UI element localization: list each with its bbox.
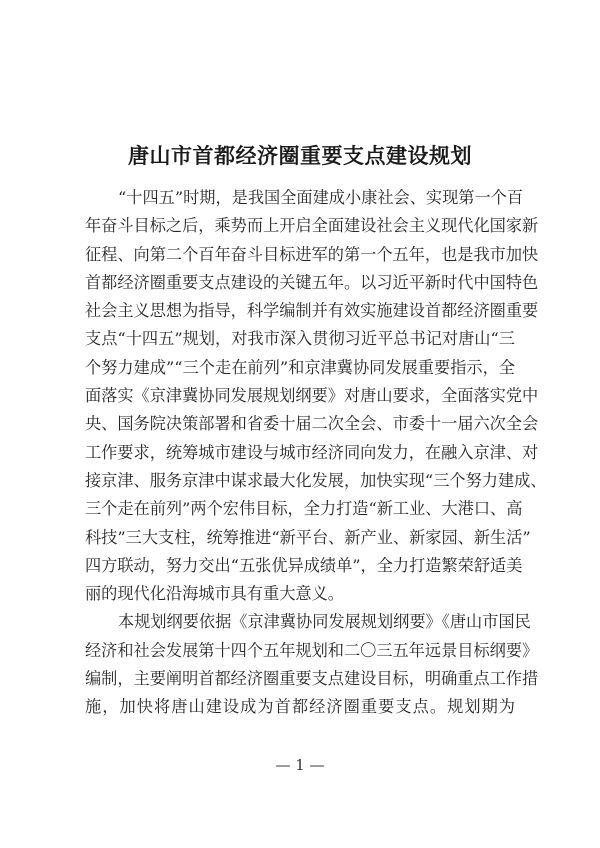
- text-line: 科技”三大支柱，统筹推进“新平台、新产业、新家园、新生活”: [85, 524, 515, 552]
- text-line: 社会主义思想为指导，科学编制并有效实施建设首都经济圈重要: [85, 297, 515, 325]
- text-line: 工作要求，统筹城市建设与城市经济同向发力，在融入京津、对: [85, 439, 515, 467]
- text-line: 丽的现代化沿海城市具有重大意义。: [85, 580, 515, 608]
- text-line: 四方联动，努力交出“五张优异成绩单”，全力打造繁荣舒适美: [85, 552, 515, 580]
- text-line: 支点“十四五”规划，对我市深入贯彻习近平总书记对唐山“三: [85, 325, 515, 353]
- text-line: 本规划纲要依据《京津冀协同发展规划纲要》《唐山市国民: [85, 608, 515, 636]
- text-line: 接京津、服务京津中谋求最大化发展，加快实现“三个努力建成、: [85, 467, 515, 495]
- text-line: 编制，主要阐明首都经济圈重要支点建设目标，明确重点工作措: [85, 665, 515, 693]
- paragraph-2: 本规划纲要依据《京津冀协同发展规划纲要》《唐山市国民 经济和社会发展第十四个五年…: [85, 608, 515, 721]
- text-line: “十四五”时期，是我国全面建成小康社会、实现第一个百: [85, 184, 515, 212]
- text-line: 面落实《京津冀协同发展规划纲要》对唐山要求，全面落实党中: [85, 382, 515, 410]
- text-line: 年奋斗目标之后，乘势而上开启全面建设社会主义现代化国家新: [85, 212, 515, 240]
- document-page: 唐山市首都经济圈重要支点建设规划 “十四五”时期，是我国全面建成小康社会、实现第…: [0, 0, 600, 848]
- text-line: 首都经济圈重要支点建设的关键五年。以习近平新时代中国特色: [85, 269, 515, 297]
- document-body: “十四五”时期，是我国全面建成小康社会、实现第一个百 年奋斗目标之后，乘势而上开…: [85, 184, 515, 722]
- text-line: 央、国务院决策部署和省委十届二次全会、市委十一届六次全会: [85, 410, 515, 438]
- document-title: 唐山市首都经济圈重要支点建设规划: [0, 140, 600, 170]
- text-line: 征程、向第二个百年奋斗目标进军的第一个五年，也是我市加快: [85, 241, 515, 269]
- page-number: — 1 —: [0, 756, 600, 774]
- text-line: 个努力建成”“三个走在前列”和京津冀协同发展重要指示，全: [85, 354, 515, 382]
- text-line: 三个走在前列”两个宏伟目标，全力打造“新工业、大港口、高: [85, 495, 515, 523]
- paragraph-1: “十四五”时期，是我国全面建成小康社会、实现第一个百 年奋斗目标之后，乘势而上开…: [85, 184, 515, 608]
- text-line: 施，加快将唐山建设成为首都经济圈重要支点。规划期为: [85, 693, 515, 721]
- text-line: 经济和社会发展第十四个五年规划和二〇三五年远景目标纲要》: [85, 637, 515, 665]
